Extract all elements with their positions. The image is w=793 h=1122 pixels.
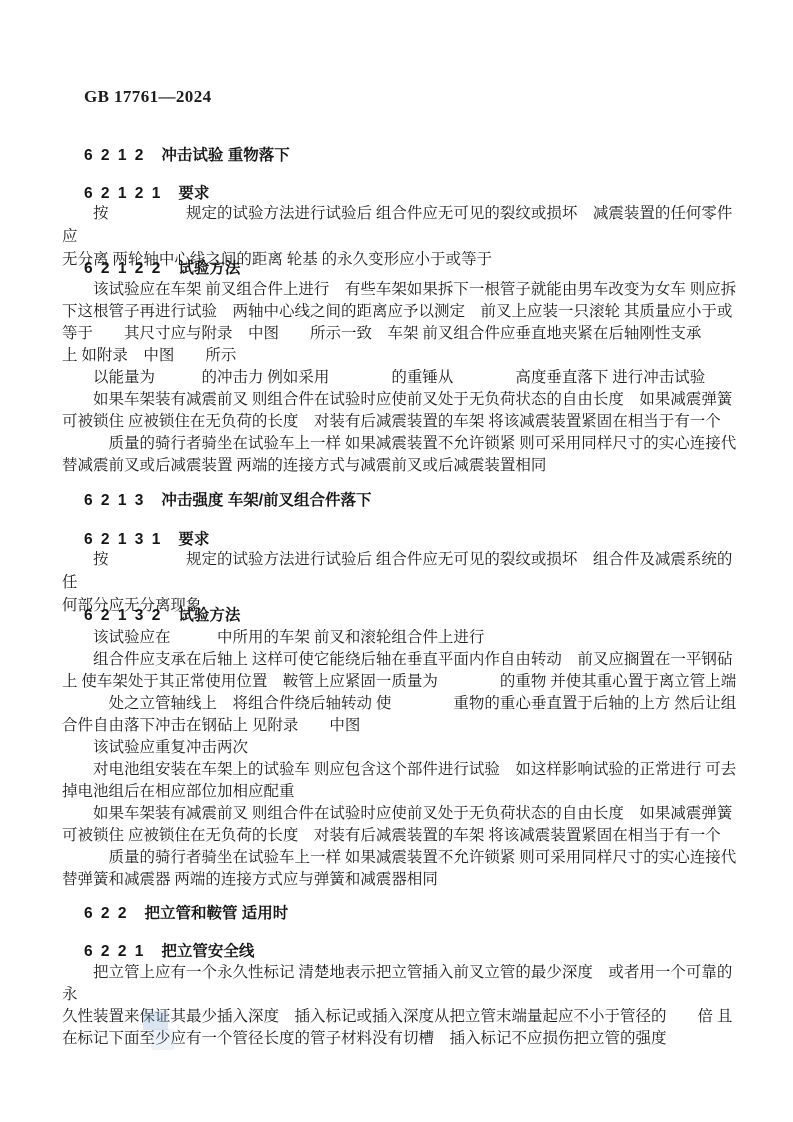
section-number: 6 2 1 2: [84, 147, 143, 164]
clause-number: 6 2 1 2 2: [84, 260, 160, 277]
clause-heading-62121: 6 2 1 2 1要求: [84, 181, 209, 203]
section-heading-622: 6 2 2把立管和鞍管 适用时: [84, 901, 288, 923]
clause-number: 6 2 1 3 2: [84, 607, 160, 624]
clause-number: 6 2 1 2 1: [84, 185, 160, 202]
section-number: 6 2 2: [84, 905, 126, 922]
highlight-mark-tail: [151, 1029, 175, 1050]
clause-heading-62122: 6 2 1 2 2试验方法: [84, 256, 240, 278]
clause-heading-62131: 6 2 1 3 1要求: [84, 527, 209, 549]
clause-heading-62132: 6 2 1 3 2试验方法: [84, 603, 240, 625]
section-title: 冲击试验 重物落下: [161, 147, 289, 164]
section-title: 把立管和鞍管 适用时: [144, 905, 288, 922]
section-heading-6213: 6 2 1 3冲击强度 车架/前叉组合件落下: [84, 488, 372, 510]
doc-code: GB 17761—2024: [84, 87, 212, 107]
clause-title: 试验方法: [178, 607, 240, 624]
clause-title: 试验方法: [178, 260, 240, 277]
clause-number: 6 2 2 1: [84, 943, 143, 960]
clause-title: 把立管安全线: [161, 943, 254, 960]
document-page: GB 17761—2024 6 2 1 2冲击试验 重物落下 6 2 1 2 1…: [0, 0, 793, 1122]
section-heading-6212: 6 2 1 2冲击试验 重物落下: [84, 143, 290, 165]
clause-title: 要求: [178, 185, 209, 202]
section-number: 6 2 1 3: [84, 492, 143, 509]
section-title: 冲击强度 车架/前叉组合件落下: [161, 492, 371, 509]
highlight-mark: [143, 1011, 168, 1030]
paragraph-62122: 该试验应在车架 前叉组合件上进行 有些车架如果拆下一根管子就能由男车改变为女车 …: [62, 279, 742, 477]
clause-number: 6 2 1 3 1: [84, 531, 160, 548]
paragraph-62132: 该试验应在 中所用的车架 前叉和滚轮组合件上进行 组合件应支承在后轴上 这样可使…: [62, 627, 742, 891]
clause-heading-6221: 6 2 2 1把立管安全线: [84, 939, 254, 961]
clause-title: 要求: [178, 531, 209, 548]
